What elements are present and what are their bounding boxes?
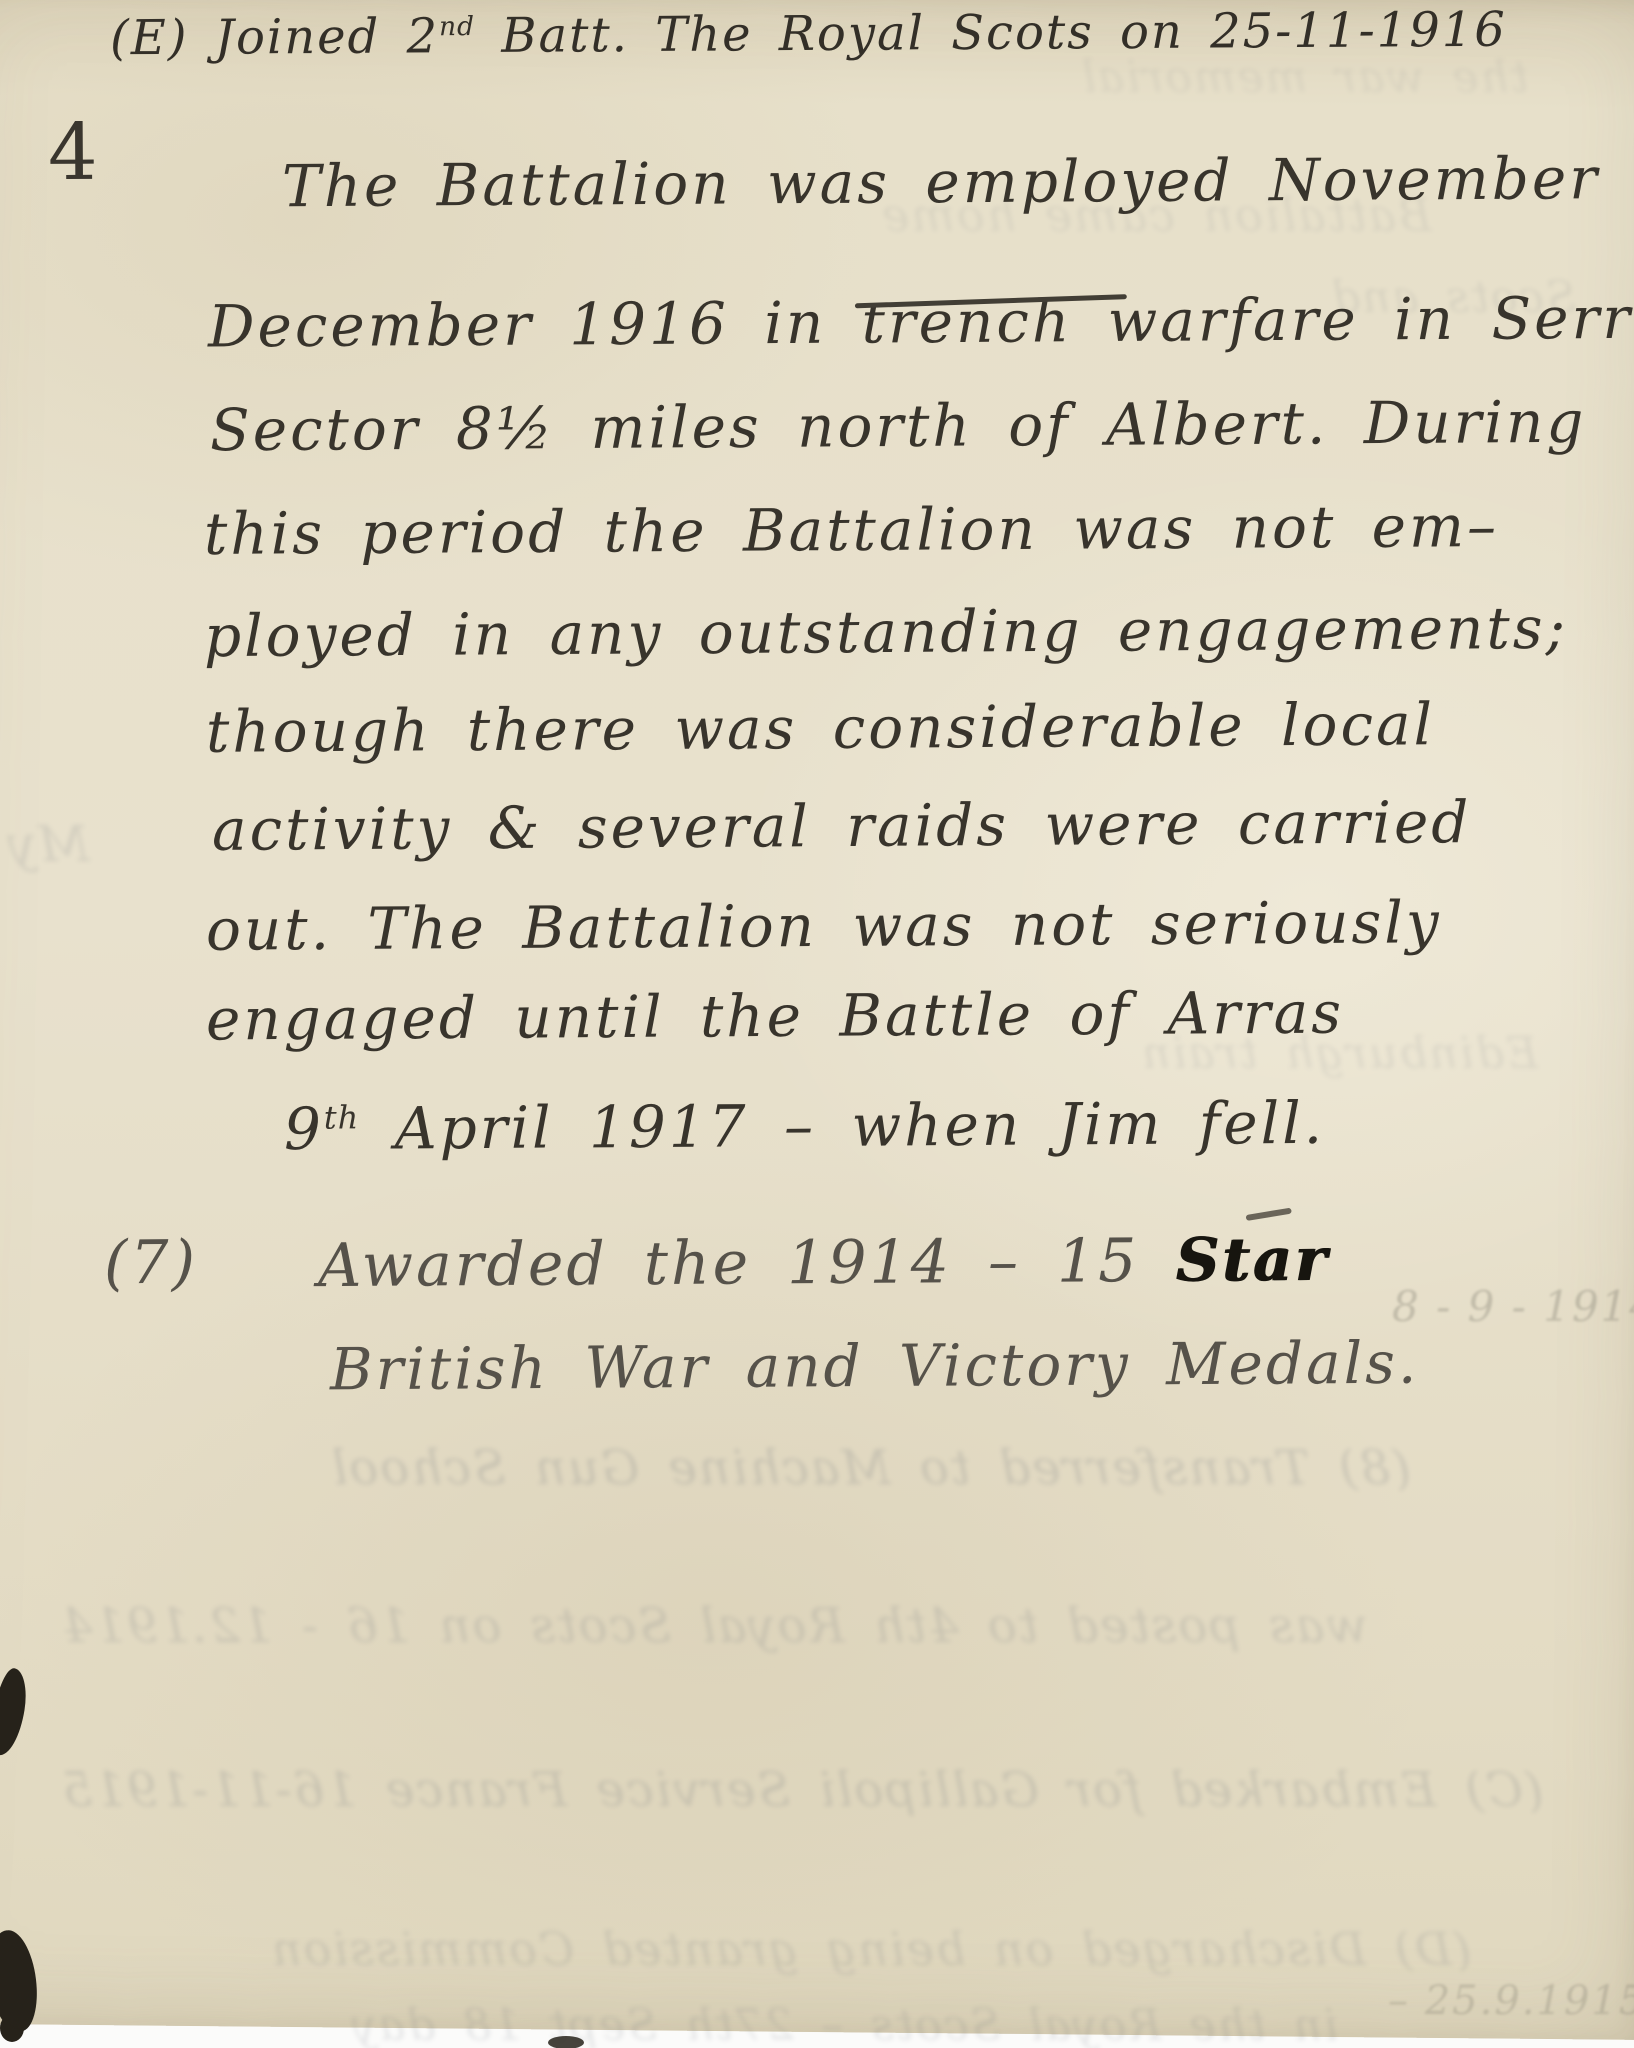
ink-blot bbox=[0, 2014, 24, 2042]
handwritten-line: activity & several raids were carried bbox=[212, 788, 1472, 864]
overwritten-word: Star bbox=[1175, 1225, 1329, 1296]
handwritten-line-entry-e: (E) Joined 2nd Batt. The Royal Scots on … bbox=[110, 2, 1507, 67]
handwritten-line: December 1916 in trench warfare in Serre… bbox=[208, 283, 1634, 360]
page-number: 4 bbox=[48, 108, 101, 198]
scanned-page: the war memorial Battalion came home Sco… bbox=[0, 0, 1634, 2048]
ordinal-superscript: nd bbox=[439, 11, 475, 42]
handwritten-line: Sector 8½ miles north of Albert. During bbox=[210, 388, 1587, 464]
handwritten-line: 9th April 1917 – when Jim fell. bbox=[284, 1089, 1326, 1163]
text-fragment: 9 bbox=[284, 1095, 324, 1163]
handwritten-line: The Battalion was employed November – bbox=[282, 144, 1634, 220]
text-fragment: warfare in Serre. bbox=[1072, 283, 1634, 355]
handwritten-line: British War and Victory Medals. bbox=[330, 1329, 1420, 1404]
struck-word: trench bbox=[861, 287, 1072, 356]
bleedthrough-line: (C) Embarked for Gallipoli Service Franc… bbox=[60, 1762, 1544, 1818]
entry-7-marker: (7) bbox=[104, 1228, 198, 1299]
ink-speck bbox=[548, 2036, 584, 2048]
text-fragment: Awarded the 1914 – 15 bbox=[318, 1226, 1176, 1301]
text-fragment: December 1916 in bbox=[208, 289, 862, 361]
handwritten-line: though there was considerable local bbox=[206, 690, 1436, 766]
text-fragment: Batt. The Royal Scots on 25-11-1916 bbox=[475, 2, 1507, 64]
handwritten-line: engaged until the Battle of Arras bbox=[206, 979, 1344, 1054]
handwritten-line: ployed in any outstanding engagements; bbox=[204, 594, 1568, 670]
margin-date-note: – 25.9.1915 bbox=[1388, 1978, 1634, 2024]
text-fragment: April 1917 – when Jim fell. bbox=[359, 1089, 1325, 1163]
text-fragment: (E) Joined 2 bbox=[110, 8, 439, 66]
margin-date-note: 8 - 9 - 1914 bbox=[1392, 1282, 1634, 1331]
ordinal-superscript: th bbox=[324, 1098, 360, 1136]
handwritten-line: out. The Battalion was not seriously bbox=[206, 888, 1442, 964]
bleedthrough-line: My bbox=[6, 815, 89, 873]
bleedthrough-line: in the Royal Scots – 27th Sept 18 day bbox=[350, 2000, 1338, 2048]
bleedthrough-line: was posted to 4th Royal Scots on 16 - 12… bbox=[60, 1598, 1368, 1654]
bleedthrough-line: (D) Discharged on being granted Commissi… bbox=[270, 1922, 1472, 1976]
handwritten-line-entry-7: Awarded the 1914 – 15 Star bbox=[318, 1225, 1329, 1301]
handwritten-line: this period the Battalion was not em– bbox=[204, 492, 1499, 568]
bleedthrough-line: (8) Transferred to Machine Gun School bbox=[330, 1440, 1411, 1496]
